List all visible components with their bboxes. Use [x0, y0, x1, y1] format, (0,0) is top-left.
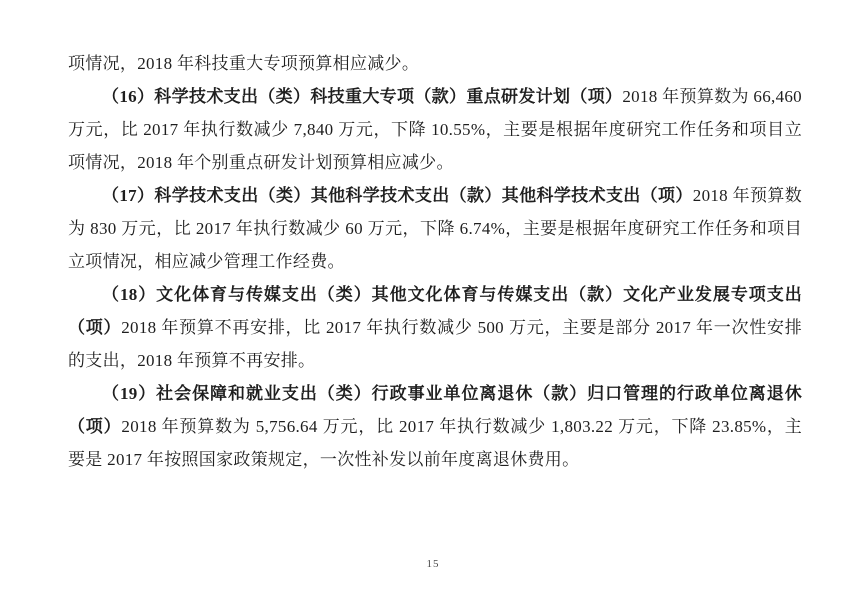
- paragraph-text: 2018 年预算数为 5,756.64 万元，比 2017 年执行数减少 1,8…: [68, 417, 802, 469]
- paragraph-item-16: （16）科学技术支出（类）科技重大专项（款）重点研发计划（项）2018 年预算数…: [68, 80, 802, 179]
- paragraph-item-19: （19）社会保障和就业支出（类）行政事业单位离退休（款）归口管理的行政单位离退休…: [68, 377, 802, 476]
- paragraph-lead: （17）科学技术支出（类）其他科学技术支出（款）其他科学技术支出（项）: [102, 186, 693, 205]
- paragraph-item-17: （17）科学技术支出（类）其他科学技术支出（款）其他科学技术支出（项）2018 …: [68, 179, 802, 278]
- paragraph-item-18: （18）文化体育与传媒支出（类）其他文化体育与传媒支出（款）文化产业发展专项支出…: [68, 278, 802, 377]
- paragraph-continuation: 项情况，2018 年科技重大专项预算相应减少。: [68, 47, 802, 80]
- page-number: 15: [0, 558, 866, 570]
- paragraph-text: 2018 年预算不再安排，比 2017 年执行数减少 500 万元，主要是部分 …: [68, 318, 802, 370]
- document-body: 项情况，2018 年科技重大专项预算相应减少。 （16）科学技术支出（类）科技重…: [68, 47, 802, 476]
- paragraph-text: 项情况，2018 年科技重大专项预算相应减少。: [68, 54, 419, 73]
- paragraph-lead: （16）科学技术支出（类）科技重大专项（款）重点研发计划（项）: [102, 87, 622, 106]
- document-page: 项情况，2018 年科技重大专项预算相应减少。 （16）科学技术支出（类）科技重…: [0, 0, 866, 594]
